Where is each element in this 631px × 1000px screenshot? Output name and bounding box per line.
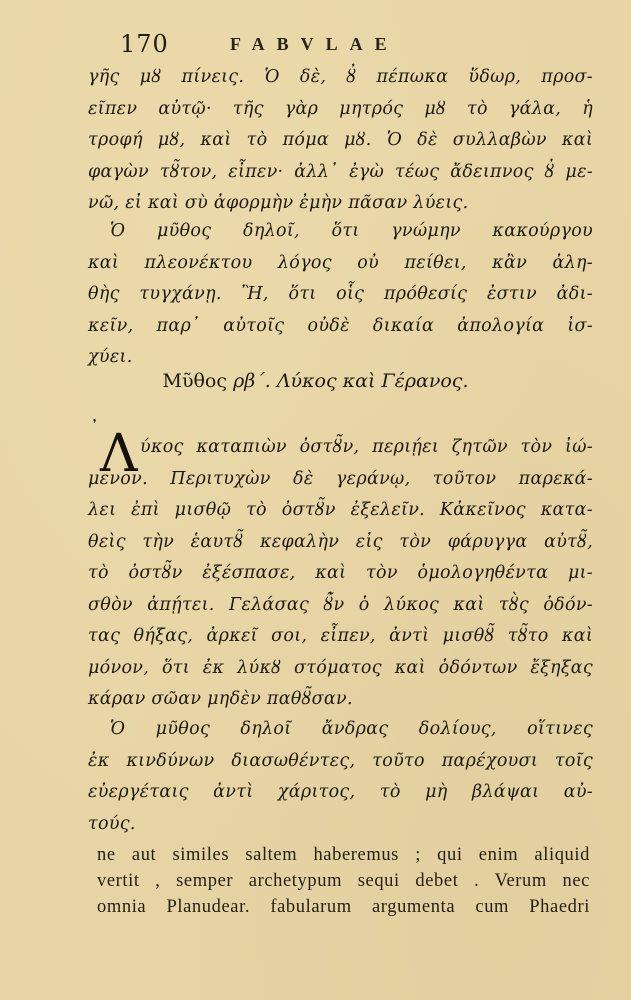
fable-text: ύκος καταπιὼν ὀστȣ̃ν, περιῄει ζητῶν τὸν … <box>88 432 593 716</box>
moral-line: θὴς τυγχάνῃ. Ἢ, ὅτι οἷς πρόθεσίς ἐστιν ἀ… <box>88 279 593 311</box>
moral-line: Ὁ μῦθος δηλοῖ ἄνδρας δολίους, οἵτινες <box>88 714 593 746</box>
text-line: κάραν σῶαν μηδὲν παθȣ̃σαν. <box>88 684 593 716</box>
fable-moral: Ὁ μῦθος δηλοῖ ἄνδρας δολίους, οἵτινες ἐκ… <box>88 714 593 840</box>
text-line: θεὶς τὴν ἑαυτȣ̃ κεφαλὴν εἰς τὸν φάρυγγα … <box>88 527 593 559</box>
moral-line: καὶ πλεονέκτου λόγος οὐ πείθει, κἂν ἀλη- <box>88 248 593 280</box>
moral-line: χύει. <box>88 342 593 374</box>
page-number: 170 <box>120 30 169 58</box>
text-line: μόνον, ὅτι ἐκ λύκȣ στόματος καὶ ὀδόντων … <box>88 653 593 685</box>
preceding-fable-ending: γῆς μȣ πίνεις. Ὁ δὲ, ȣ̓ πέπωκα ὕδωρ, προ… <box>88 62 593 220</box>
fable-number: ρβ΄. <box>233 370 271 392</box>
fable-title-text: Λύκος καὶ Γέρανος. <box>277 370 469 392</box>
text-line: τὸ ὀστȣ̃ν ἐξέσπασε, καὶ τὸν ὁμολογηθέντα… <box>88 558 593 590</box>
text-line: τροφή μȣ, καὶ τὸ πόμα μȣ. Ὁ δὲ συλλαβὼν … <box>88 125 593 157</box>
footnote-line: vertit , semper archetypum sequi debet .… <box>97 868 590 894</box>
text-line: ύκος καταπιὼν ὀστȣ̃ν, περιῄει ζητῶν τὸν … <box>88 432 593 464</box>
moral-line: Ὁ μῦθος δηλοῖ, ὅτι γνώμην κακούργου <box>88 216 593 248</box>
moral-line: ἐκ κινδύνων διασωθέντες, τοῦτο παρέχουσι… <box>88 746 593 778</box>
moral-line: εὐεργέταις ἀντὶ χάριτος, τὸ μὴ βλάψαι αὐ… <box>88 777 593 809</box>
text-line: λει ἐπὶ μισθῷ τὸ ὀστȣ̃ν ἐξελεῖν. Κἀκεῖνο… <box>88 495 593 527</box>
fable-title-word: Μῦθος <box>162 370 227 392</box>
text-line: τας θήξας, ἀρκεῖ σοι, εἶπεν, ἀντὶ μισθȣ̃… <box>88 621 593 653</box>
text-line: σθὸν ἀπῄτει. Γελάσας ȣ̓̃ν ὁ λύκος καὶ τȣ… <box>88 590 593 622</box>
footnote-line: omnia Planudear. fabularum argumenta cum… <box>97 894 590 920</box>
moral-line: τούς. <box>88 809 593 841</box>
text-line: γῆς μȣ πίνεις. Ὁ δὲ, ȣ̓ πέπωκα ὕδωρ, προ… <box>88 62 593 94</box>
text-line: φαγὼν τȣ̃τον, εἶπεν· ἀλλ᾽ ἐγὼ τέως ἄδειπ… <box>88 157 593 189</box>
page-header: 170 FABVLAE <box>120 30 580 66</box>
fable-title: Μῦθος ρβ΄. Λύκος καὶ Γέρανος. <box>0 370 631 392</box>
text-line: μενον. Περιτυχὼν δὲ γεράνῳ, τοῦτον παρεκ… <box>88 464 593 496</box>
moral-line: κεῖν, παρ᾽ αὐτοῖς οὐδὲ δικαία ἀπολογία ἰ… <box>88 311 593 343</box>
book-page: 170 FABVLAE γῆς μȣ πίνεις. Ὁ δὲ, ȣ̓ πέπω… <box>0 0 631 1000</box>
text-line: εῖπεν αὐτῷ· τῆς γὰρ μητρός μȣ τὸ γάλα, ἡ <box>88 94 593 126</box>
footnote-line: ne aut similes saltem haberemus ; qui en… <box>97 842 590 868</box>
preceding-fable-moral: Ὁ μῦθος δηλοῖ, ὅτι γνώμην κακούργου καὶ … <box>88 216 593 374</box>
text-line: νῶ, εἰ καὶ σὺ ἀφορμὴν ἐμὴν πᾶσαν λύεις. <box>88 188 593 220</box>
running-title: FABVLAE <box>230 34 399 55</box>
latin-footnote: ne aut similes saltem haberemus ; qui en… <box>97 842 590 920</box>
